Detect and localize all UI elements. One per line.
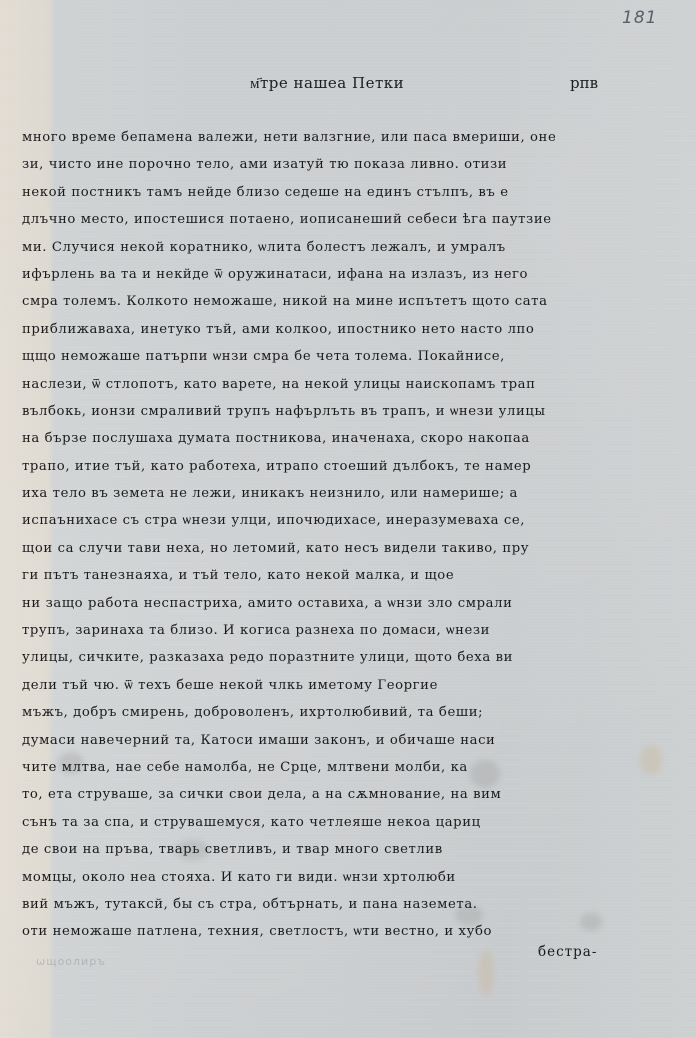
text-line: момцы, около неа стояха. И като ги види.…	[22, 864, 612, 891]
text-line: некой постникъ тамъ нейде близо седеше н…	[22, 179, 612, 206]
manuscript-body: много време бепамена валежи, нети валзгн…	[22, 124, 612, 946]
text-line: щои са случи тави неха, но летомий, като…	[22, 535, 612, 562]
page-heading: м҃тре нашеа Петки	[250, 74, 404, 93]
text-line: трапо, итие тъй, като работеха, итрапо с…	[22, 453, 612, 480]
text-line: оти неможаше патлена, техния, светлостъ,…	[22, 918, 612, 945]
faint-stamp: ѡщоолиръ	[36, 955, 106, 968]
text-line: приближаваха, инетуко тъй, ами колкоо, и…	[22, 316, 612, 343]
text-line: дели тъй чю. ѿ техъ беше некой члкь имет…	[22, 672, 612, 699]
text-line: много време бепамена валежи, нети валзгн…	[22, 124, 612, 151]
text-line: смра толемъ. Колкото неможаше, никой на …	[22, 288, 612, 315]
manuscript-page: 181 м҃тре нашеа Петки рпв много време бе…	[0, 0, 696, 1038]
text-line: чите млтва, нае себе намолба, не Срце, м…	[22, 754, 612, 781]
text-line: мъжъ, добръ смирень, доброволенъ, ихртол…	[22, 699, 612, 726]
pencil-page-number: 181	[622, 8, 657, 28]
text-line: ифърлень ва та и некйде ѿ оружинатаси, и…	[22, 261, 612, 288]
text-line: щщо неможаше патърпи ѡнзи смра бе чета т…	[22, 343, 612, 370]
text-line: улицы, сичките, разказаха редо поразтнит…	[22, 644, 612, 671]
catchword: бестра-	[538, 944, 597, 960]
text-line: на бързе послушаха думата постникова, ин…	[22, 425, 612, 452]
text-line: ги пътъ танезнаяха, и тъй тело, като нек…	[22, 562, 612, 589]
folio-number: рпв	[570, 74, 598, 92]
paper-stain	[478, 950, 494, 996]
text-line: зи, чисто ине порочно тело, ами изатуй т…	[22, 151, 612, 178]
text-line: то, ета струваше, за сички свои дела, а …	[22, 781, 612, 808]
text-line: сънъ та за спа, и струвашемуся, като чет…	[22, 809, 612, 836]
text-line: ни защо работа неспастриха, амито остави…	[22, 590, 612, 617]
text-line: вий мъжъ, тутаксй, бы съ стра, обтърнать…	[22, 891, 612, 918]
text-line: длъчно место, ипостешися потаено, иописа…	[22, 206, 612, 233]
text-line: иха тело въ земета не лежи, иникакъ неиз…	[22, 480, 612, 507]
paper-stain	[640, 745, 662, 775]
text-line: де свои на пръва, тварь светливъ, и твар…	[22, 836, 612, 863]
text-line: вълбокь, ионзи смраливий трупъ нафърлъть…	[22, 398, 612, 425]
text-line: думаси навечерний та, Катоси имаши закон…	[22, 727, 612, 754]
text-line: ми. Случися некой коратнико, ѡлита болес…	[22, 234, 612, 261]
text-line: трупъ, заринаха та близо. И когиса разне…	[22, 617, 612, 644]
text-line: наслези, ѿ стлопотъ, като варете, на нек…	[22, 371, 612, 398]
text-line: испаънихасе съ стра ѡнези улци, ипочюдих…	[22, 507, 612, 534]
